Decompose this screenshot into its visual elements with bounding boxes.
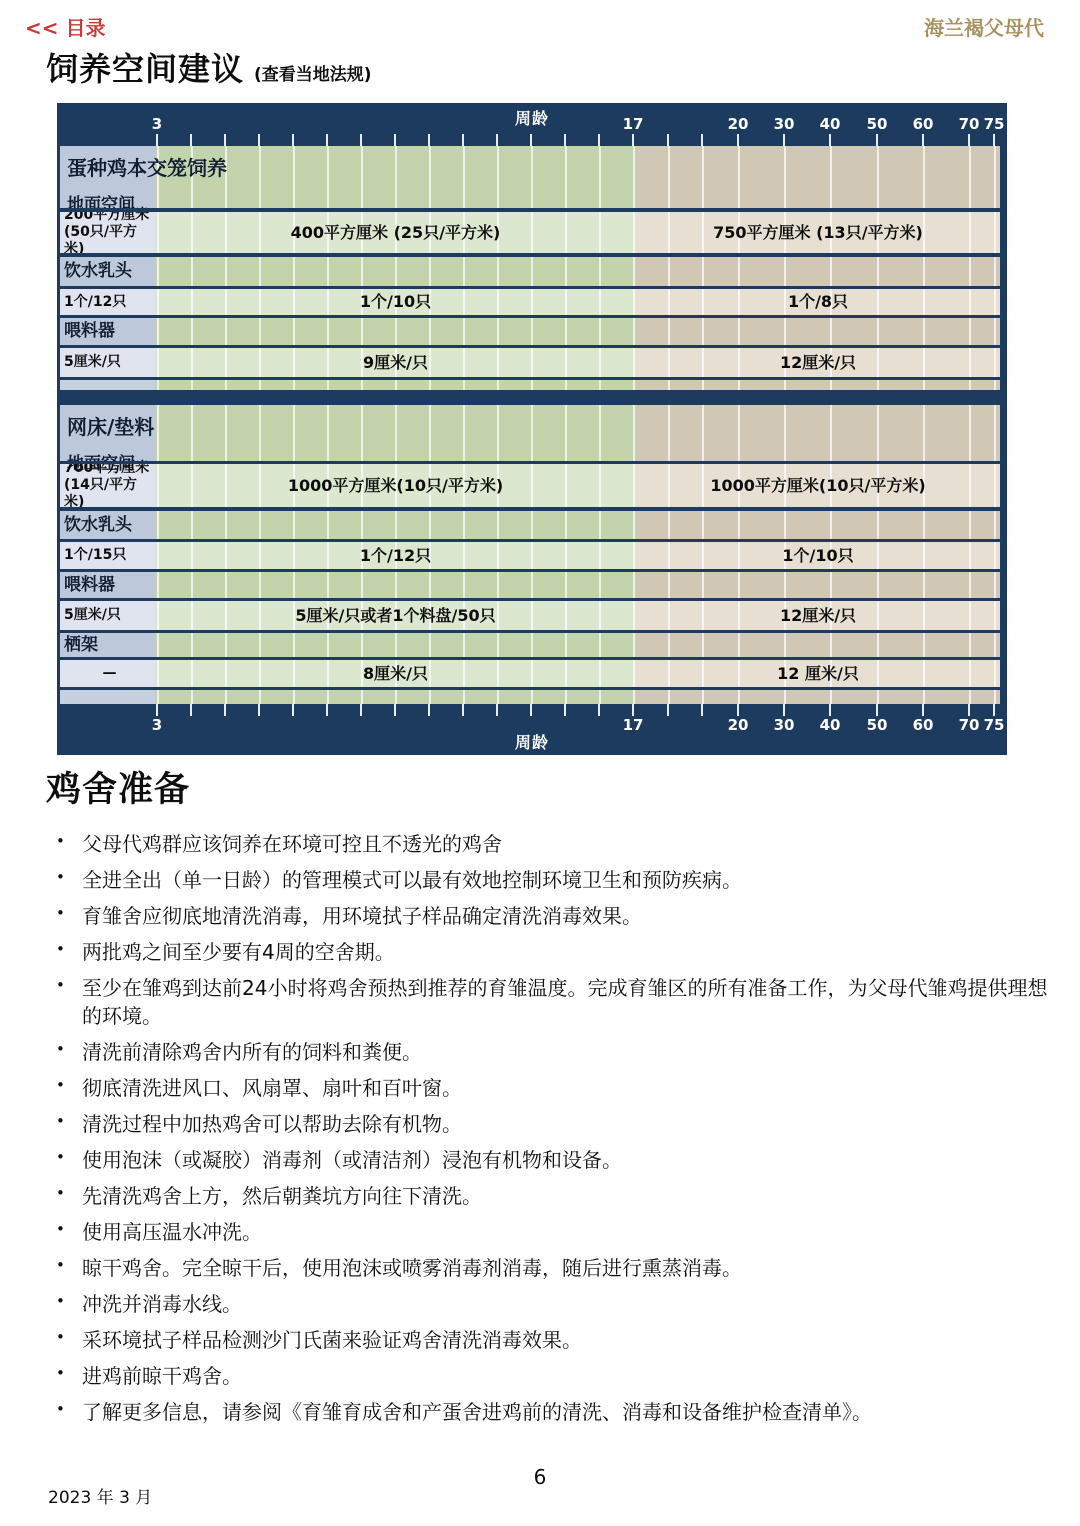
axis-tick-mark (292, 704, 294, 716)
table-cell (636, 572, 1000, 598)
cell-value: 12厘米/只 (780, 606, 856, 625)
row-feeder: 5厘米/只 9厘米/只 12厘米/只 (60, 348, 1000, 377)
cell-value: 1个/15只 (64, 547, 126, 564)
table-cell: — (60, 660, 155, 687)
list-item: 育雏舍应彻底地清洗消毒，用环境拭子样品确定清洗消毒效果。 (46, 902, 1051, 930)
table-cell: 5厘米/只 (60, 348, 155, 377)
list-item: 了解更多信息，请参阅《育雏育成舍和产蛋舍进鸡前的清洗、消毒和设备维护检查清单》。 (46, 1398, 1051, 1426)
axis-tick-label: 17 (623, 115, 644, 133)
row-drinkers: 1个/15只 1个/12只 1个/10只 (60, 542, 1000, 569)
row-category-label: 喂料器 (64, 575, 115, 595)
axis-tick-mark (530, 704, 532, 716)
row-separator (60, 345, 1000, 348)
table-cell (636, 318, 1000, 345)
axis-tick-mark (968, 704, 970, 716)
cell-value: 1个/12只 (64, 294, 126, 311)
table-cell (636, 380, 1000, 390)
row-separator (60, 253, 1000, 257)
table-cell: 9厘米/只 (155, 348, 636, 377)
table-cell: 栖架 (60, 633, 155, 657)
section-title: 网床/垫料 (67, 411, 154, 440)
axis-tick-mark (360, 134, 362, 146)
table-cell (636, 146, 1000, 208)
table-cell: 1000平方厘米(10只/平方米) (155, 464, 636, 507)
table-cell (60, 380, 155, 390)
page-number: 6 (0, 1465, 1080, 1489)
axis-tick-mark (326, 134, 328, 146)
cell-value: 400平方厘米 (25只/平方米) (291, 223, 501, 242)
cell-value: 1个/12只 (360, 546, 431, 565)
list-item: 进鸡前晾干鸡舍。 (46, 1362, 1051, 1390)
section-title: 蛋种鸡本交笼饲养 (67, 152, 227, 181)
list-item: 父母代鸡群应该饲养在环境可控且不透光的鸡舍 (46, 830, 1051, 858)
table-cell: 喂料器 (60, 572, 155, 598)
brand-label: 海兰褐父母代 (924, 12, 1044, 41)
axis-tick-label: 75 (984, 115, 1005, 133)
list-item: 彻底清洗进风口、风扇罩、扇叶和百叶窗。 (46, 1074, 1051, 1102)
prep-bullet-list: 父母代鸡群应该饲养在环境可控且不透光的鸡舍 全进全出（单一日龄）的管理模式可以最… (46, 830, 1051, 1426)
row-category-label: 饮水乳头 (64, 261, 132, 281)
cell-value: 8厘米/只 (363, 664, 428, 683)
page-title-row: 饲养空间建议(查看当地法规) (46, 44, 372, 90)
axis-tick-mark (632, 704, 634, 716)
axis-top-ticks: 31720304050607075 (57, 103, 1007, 146)
list-item: 清洗前清除鸡舍内所有的饲料和粪便。 (46, 1038, 1051, 1066)
row-separator (60, 598, 1000, 601)
list-item: 至少在雏鸡到达前24小时将鸡舍预热到推荐的育雏温度。完成育雏区的所有准备工作，为… (46, 974, 1051, 1030)
table-cell: 5厘米/只 (60, 601, 155, 630)
table-cell (155, 146, 636, 208)
axis-tick-label: 70 (959, 115, 980, 133)
table-cell: 400平方厘米 (25只/平方米) (155, 212, 636, 253)
row-header-feeder: 喂料器 (60, 572, 1000, 598)
axis-tick-mark (462, 704, 464, 716)
axis-tick-mark (428, 704, 430, 716)
list-item: 使用泡沫（或凝胶）消毒剂（或清洁剂）浸泡有机物和设备。 (46, 1146, 1051, 1174)
axis-top: 周龄 31720304050607075 (57, 103, 1007, 146)
axis-tick-mark (496, 134, 498, 146)
space-recommendation-table: 周龄 31720304050607075 蛋种鸡本交笼饲养 地面空间 200平方… (57, 103, 1007, 755)
axis-tick-mark (737, 134, 739, 146)
axis-tick-mark (258, 134, 260, 146)
cell-value: 200平方厘米 (50只/平方米) (64, 207, 155, 257)
cell-value: 1个/10只 (360, 292, 431, 311)
table-cell: 750平方厘米 (13只/平方米) (636, 212, 1000, 253)
row-separator (60, 507, 1000, 511)
table-cell (636, 405, 1000, 461)
row-category-label: 栖架 (64, 635, 98, 655)
axis-tick-mark (394, 134, 396, 146)
axis-tick-mark (156, 134, 158, 146)
axis-tick-mark (564, 704, 566, 716)
axis-tick-mark (428, 134, 430, 146)
axis-tick-mark (829, 134, 831, 146)
row-category-label: 饮水乳头 (64, 515, 132, 535)
axis-tick-mark (598, 134, 600, 146)
axis-tick-mark (993, 704, 995, 716)
section-end-strip (60, 380, 1000, 390)
page-title-note: (查看当地法规) (254, 65, 372, 85)
list-item: 使用高压温水冲洗。 (46, 1218, 1051, 1246)
axis-tick-mark (224, 134, 226, 146)
row-drinkers: 1个/12只 1个/10只 1个/8只 (60, 289, 1000, 315)
house-preparation-section: 鸡舍准备 父母代鸡群应该饲养在环境可控且不透光的鸡舍 全进全出（单一日龄）的管理… (46, 762, 1051, 1434)
table-cell (636, 511, 1000, 539)
row-floor-space: 200平方厘米 (50只/平方米) 400平方厘米 (25只/平方米) 750平… (60, 212, 1000, 253)
page-title: 饲养空间建议 (46, 50, 244, 88)
axis-tick-label: 50 (867, 115, 888, 133)
table-cell: 12 厘米/只 (636, 660, 1000, 687)
row-separator (60, 657, 1000, 660)
row-separator (60, 569, 1000, 572)
table-cell (155, 380, 636, 390)
table-cell: 1个/15只 (60, 542, 155, 569)
axis-tick-label: 60 (913, 115, 934, 133)
axis-tick-mark (922, 134, 924, 146)
table-cell (155, 257, 636, 286)
axis-tick-mark (829, 704, 831, 716)
table-cell: 700平方厘米 (14只/平方米) (60, 464, 155, 507)
table-cell (636, 690, 1000, 704)
row-separator (60, 377, 1000, 380)
axis-tick-label: 40 (820, 115, 841, 133)
axis-tick-mark (632, 134, 634, 146)
axis-tick-mark (667, 704, 669, 716)
row-separator (60, 687, 1000, 690)
axis-tick-mark (598, 704, 600, 716)
table-cell: 1个/12只 (60, 289, 155, 315)
axis-tick-mark (496, 704, 498, 716)
axis-tick-mark (876, 704, 878, 716)
section-divider (60, 390, 1000, 405)
cell-value: — (103, 665, 117, 682)
table-cell: 饮水乳头 (60, 257, 155, 286)
table-cell (155, 405, 636, 461)
cell-value: 5厘米/只或者1个料盘/50只 (295, 606, 495, 625)
row-header-perch: 栖架 (60, 633, 1000, 657)
axis-tick-mark (968, 134, 970, 146)
table-cell (155, 572, 636, 598)
table-cell: 1个/8只 (636, 289, 1000, 315)
axis-tick-label: 30 (774, 115, 795, 133)
table-rows-area: 蛋种鸡本交笼饲养 地面空间 200平方厘米 (50只/平方米) 400平方厘米 … (60, 146, 1000, 704)
table-cell (155, 633, 636, 657)
axis-tick-mark (224, 704, 226, 716)
table-cell (155, 318, 636, 345)
row-header-drinkers: 饮水乳头 (60, 511, 1000, 539)
row-header-feeder: 喂料器 (60, 318, 1000, 345)
cell-value: 700平方厘米 (14只/平方米) (64, 460, 155, 510)
row-separator (60, 315, 1000, 318)
back-to-toc-link[interactable]: << 目录 (25, 12, 105, 41)
axis-tick-mark (701, 134, 703, 146)
row-separator (60, 208, 1000, 212)
axis-tick-mark (190, 704, 192, 716)
table-cell: 5厘米/只或者1个料盘/50只 (155, 601, 636, 630)
cell-value: 9厘米/只 (363, 353, 428, 372)
table-cell: 喂料器 (60, 318, 155, 345)
section-title-overlay: 蛋种鸡本交笼饲养 地面空间 (67, 152, 227, 215)
list-item: 晾干鸡舍。完全晾干后，使用泡沫或喷雾消毒剂消毒，随后进行熏蒸消毒。 (46, 1254, 1051, 1282)
cell-value: 1000平方厘米(10只/平方米) (288, 476, 503, 495)
axis-bottom: 31720304050607075 周龄 (57, 704, 1007, 754)
table-cell (155, 690, 636, 704)
axis-tick-mark (564, 134, 566, 146)
axis-tick-label: 20 (728, 115, 749, 133)
list-item: 冲洗并消毒水线。 (46, 1290, 1051, 1318)
section-heading: 鸡舍准备 (46, 762, 1051, 812)
axis-tick-mark (922, 704, 924, 716)
list-item: 先清洗鸡舍上方，然后朝粪坑方向往下清洗。 (46, 1182, 1051, 1210)
axis-tick-mark (701, 704, 703, 716)
table-cell (636, 257, 1000, 286)
axis-tick-mark (394, 704, 396, 716)
cell-value: 5厘米/只 (64, 354, 121, 371)
axis-tick-mark (783, 704, 785, 716)
axis-tick-mark (360, 704, 362, 716)
list-item: 两批鸡之间至少要有4周的空舍期。 (46, 938, 1051, 966)
table-cell (60, 690, 155, 704)
cell-value: 750平方厘米 (13只/平方米) (713, 223, 923, 242)
section-title-row: 网床/垫料 地面空间 (60, 405, 1000, 461)
list-item: 清洗过程中加热鸡舍可以帮助去除有机物。 (46, 1110, 1051, 1138)
cell-value: 1个/8只 (788, 292, 848, 311)
row-category-label: 喂料器 (64, 321, 115, 341)
table-cell: 1个/12只 (155, 542, 636, 569)
table-cell: 1个/10只 (155, 289, 636, 315)
table-cell: 8厘米/只 (155, 660, 636, 687)
row-separator (60, 539, 1000, 542)
table-cell: 12厘米/只 (636, 601, 1000, 630)
cell-value: 12厘米/只 (780, 353, 856, 372)
cell-value: 1000平方厘米(10只/平方米) (710, 476, 925, 495)
row-header-drinkers: 饮水乳头 (60, 257, 1000, 286)
row-feeder: 5厘米/只 5厘米/只或者1个料盘/50只 12厘米/只 (60, 601, 1000, 630)
table-cell (155, 511, 636, 539)
table-cell: 1000平方厘米(10只/平方米) (636, 464, 1000, 507)
axis-tick-mark (190, 134, 192, 146)
cell-value: 12 厘米/只 (777, 664, 859, 683)
list-item: 全进全出（单一日龄）的管理模式可以最有效地控制环境卫生和预防疾病。 (46, 866, 1051, 894)
table-cell: 饮水乳头 (60, 511, 155, 539)
axis-bottom-caption: 周龄 (57, 730, 1007, 753)
cell-value: 1个/10只 (782, 546, 853, 565)
axis-tick-mark (783, 134, 785, 146)
table-cell: 200平方厘米 (50只/平方米) (60, 212, 155, 253)
table-cell: 12厘米/只 (636, 348, 1000, 377)
table-cell: 1个/10只 (636, 542, 1000, 569)
axis-tick-mark (530, 134, 532, 146)
row-separator (60, 630, 1000, 633)
axis-tick-mark (667, 134, 669, 146)
axis-tick-mark (737, 704, 739, 716)
table-cell (636, 633, 1000, 657)
axis-tick-mark (292, 134, 294, 146)
axis-tick-label: 3 (152, 115, 162, 133)
cell-value: 5厘米/只 (64, 607, 121, 624)
section-title-row: 蛋种鸡本交笼饲养 地面空间 (60, 146, 1000, 208)
axis-tick-mark (462, 134, 464, 146)
axis-tick-mark (258, 704, 260, 716)
section-end-strip (60, 690, 1000, 704)
axis-tick-mark (993, 134, 995, 146)
axis-tick-mark (876, 134, 878, 146)
row-separator (60, 461, 1000, 464)
row-perch: — 8厘米/只 12 厘米/只 (60, 660, 1000, 687)
row-floor-space: 700平方厘米 (14只/平方米) 1000平方厘米(10只/平方米) 1000… (60, 464, 1000, 507)
axis-tick-mark (326, 704, 328, 716)
row-separator (60, 286, 1000, 289)
axis-tick-mark (156, 704, 158, 716)
list-item: 采环境拭子样品检测沙门氏菌来验证鸡舍清洗消毒效果。 (46, 1326, 1051, 1354)
